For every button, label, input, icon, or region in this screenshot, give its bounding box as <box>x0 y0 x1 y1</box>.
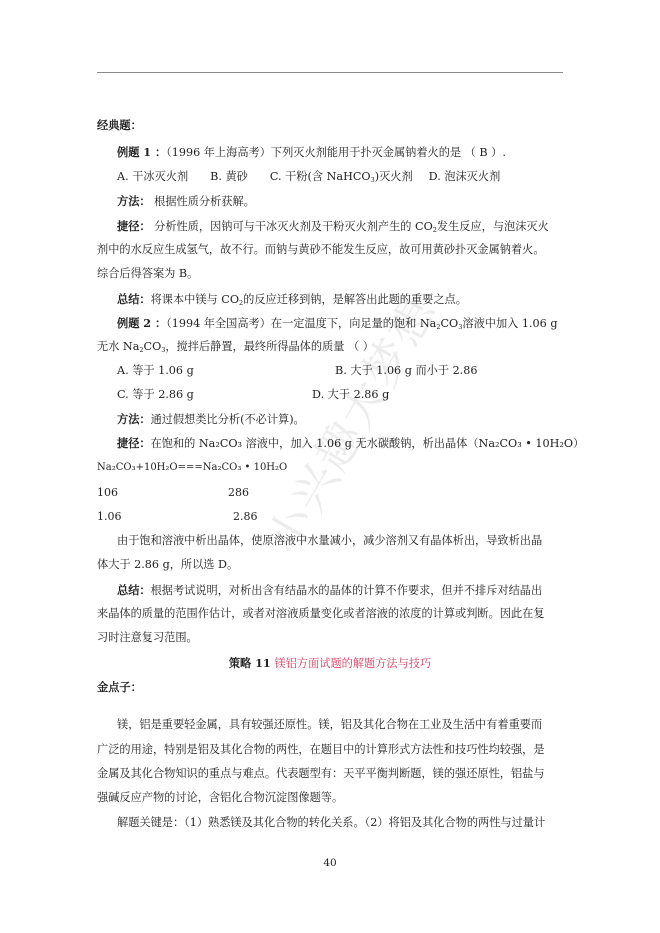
example2-source: （1994 年全国高考） <box>166 317 271 330</box>
gold-paragraph1-line2: 广泛的用途，特别是铝及其化合物的两性，在题目中的计算形式方法性和技巧性均较强，是 <box>97 743 567 757</box>
example1-source: （1996 年上海高考） <box>166 146 271 159</box>
example1-shortcut-line3: 综合后得答案为 B。 <box>97 267 567 281</box>
stoich-row2-left: 1.06 <box>97 510 122 523</box>
shortcut-label: 捷径： <box>117 436 151 450</box>
gold-paragraph2-line1: 解题关键是：（1）熟悉镁及其化合物的转化关系。（2）将铝及其化合物的两性与过量计 <box>97 816 567 830</box>
strategy-heading: 策略 11 镁铝方面试题的解题方法与技巧 <box>97 656 563 671</box>
example2-option-a: A. 等于 1.06 g <box>117 364 194 378</box>
example2-summary-line3: 习时注意复习范围。 <box>97 631 567 645</box>
chemical-equation: Na₂CO₃+10H₂O===Na₂CO₃ • 10H₂O <box>97 461 567 475</box>
example1-option-d: D. 泡沫灭火剂 <box>429 170 501 183</box>
example2-reason-line1: 由于饱和溶液中析出晶体，使原溶液中水量减小，减少溶剂又有晶体析出，导致析出晶 <box>97 534 567 548</box>
stoich-row1-left: 106 <box>97 486 118 499</box>
shortcut-label: 捷径： <box>117 219 151 233</box>
method-text: 通过假想类比分析(不必计算)。 <box>151 413 305 426</box>
example1-question: 例题 1 ：（1996 年上海高考）下列灭火剂能用于扑灭金属钠着火的是 （ B … <box>97 145 567 160</box>
gold-paragraph1-line3: 金属及其化合物知识的重点与难点。代表题型有：天平平衡判断题，镁的强还原性，铝盐与 <box>97 767 567 781</box>
example1-option-c: C. 干粉(含 NaHCO3)灭火剂 <box>270 170 413 183</box>
example1-label: 例题 1 ： <box>117 145 166 159</box>
section-heading: 经典题： <box>97 118 567 132</box>
example2-reason-line2: 体大于 2.86 g，所以选 D。 <box>97 558 567 572</box>
gold-heading: 金点子： <box>97 680 567 694</box>
example2-label: 例题 2 ： <box>117 316 166 330</box>
example2-method: 方法：通过假想类比分析(不必计算)。 <box>97 412 567 427</box>
method-label: 方法： <box>117 412 151 426</box>
summary-label: 总结： <box>117 292 151 306</box>
example1-summary: 总结：将课本中镁与 CO2的反应迁移到钠，是解答出此题的重要之点。 <box>97 292 567 307</box>
method-label: 方法： <box>117 194 151 208</box>
example2-option-d: D. 大于 2.86 g <box>312 388 389 402</box>
gold-paragraph1-line1: 镁，铝是重要轻金属，具有较强还原性。镁，铝及其化合物在工业及生活中有着重要而 <box>97 718 567 732</box>
example2-summary-line1: 总结：根据考试说明，对析出含有结晶水的晶体的计算不作要求，但并不排斥对结晶出 <box>97 583 567 598</box>
strategy-prefix: 策略 11 <box>229 656 275 670</box>
strategy-title: 镁铝方面试题的解题方法与技巧 <box>275 657 432 670</box>
gold-paragraph1-line4: 强碱反应产物的讨论，含铝化合物沉淀图像题等。 <box>97 791 567 805</box>
stoich-row2-right: 2.86 <box>233 510 258 523</box>
example1-method: 方法： 根据性质分析获解。 <box>97 194 567 209</box>
summary-label: 总结： <box>117 583 151 597</box>
method-text: 根据性质分析获解。 <box>151 195 255 208</box>
example2-shortcut: 捷径：在饱和的 Na₂CO₃ 溶液中，加入 1.06 g 无水碳酸钠，析出晶体（… <box>97 436 567 451</box>
example2-summary-line2: 来晶体的质量的范围作估计，或者对溶液质量变化或者溶液的浓度的计算或判断。因此在复 <box>97 607 567 621</box>
page-number: 40 <box>0 857 660 869</box>
example1-option-b: B. 黄砂 <box>210 170 248 183</box>
example2-question-line1: 例题 2 ：（1994 年全国高考）在一定温度下，向足量的饱和 Na2CO3溶液… <box>97 316 567 331</box>
example1-option-a: A. 干冰灭火剂 <box>117 170 188 183</box>
example1-shortcut-line2: 剂中的水反应生成氢气，故不行。而钠与黄砂不能发生反应，故可用黄砂扑灭金属钠着火。 <box>97 243 567 257</box>
header-rule <box>97 72 563 73</box>
example2-option-c: C. 等于 2.86 g <box>117 388 194 402</box>
example1-shortcut-line1: 捷径： 分析性质，因钠可与干冰灭火剂及干粉灭火剂产生的 CO2发生反应，与泡沫灭… <box>97 219 567 234</box>
stoich-row1-right: 286 <box>228 486 249 499</box>
example2-question-line2: 无水 Na2CO3，搅拌后静置，最终所得晶体的质量 （ ） <box>97 340 567 354</box>
example1-question-text: 下列灭火剂能用于扑灭金属钠着火的是 （ B ）. <box>271 146 506 159</box>
example2-option-b: B. 大于 1.06 g 而小于 2.86 <box>335 364 477 378</box>
example1-options: A. 干冰灭火剂B. 黄砂C. 干粉(含 NaHCO3)灭火剂D. 泡沫灭火剂 <box>97 170 567 184</box>
